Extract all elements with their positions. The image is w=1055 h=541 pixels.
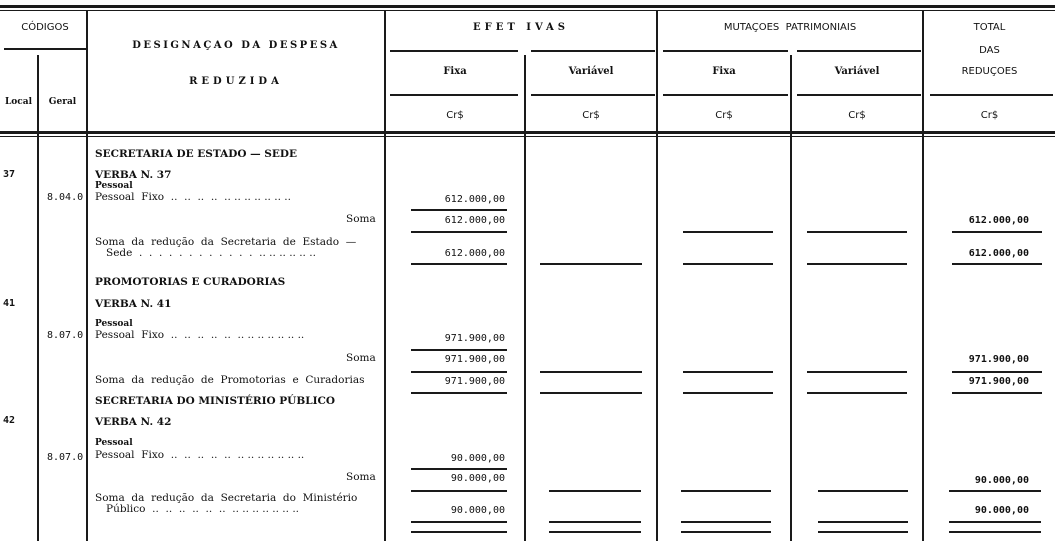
header-mut-variavel: Variável	[792, 66, 922, 77]
header-currency-3: Cr$	[658, 110, 790, 121]
reducao-rule-efet-var	[540, 263, 642, 265]
reducao-value: 971.900,00	[386, 376, 505, 387]
reducao-rule-mut-fixa-2	[681, 531, 771, 533]
geral-code: 8.07.0	[47, 330, 83, 341]
reducao-rule-efet-fixa	[411, 521, 507, 523]
soma-rule-total	[952, 371, 1042, 373]
soma-rule-mut-fixa	[683, 371, 773, 373]
reducao-rule-efet-var	[540, 392, 642, 394]
fixa-underline-2	[663, 94, 788, 96]
col-sep-mut-total	[922, 11, 924, 541]
soma-label: Soma	[346, 213, 376, 225]
reducao-rule-total-2	[949, 531, 1041, 533]
soma-total: 90.000,00	[924, 475, 1029, 486]
header-mutacoes: MUTAÇOES PATRIMONIAIS	[658, 22, 922, 33]
reducao-rule-efet-fixa-2	[411, 531, 507, 533]
header-mut-fixa: Fixa	[658, 66, 790, 77]
local-code: 42	[3, 415, 15, 426]
header-currency-4: Cr$	[792, 110, 922, 121]
var-underline-1	[531, 94, 655, 96]
soma-value: 612.000,00	[386, 215, 505, 226]
soma-rule-mut-fixa	[681, 490, 771, 492]
item-label: Pessoal Fixo .. .. .. .. .. .. .. .. .. …	[95, 449, 304, 461]
soma-rule-total	[952, 231, 1042, 233]
local-code: 41	[3, 298, 15, 309]
mutacoes-underline-1	[663, 50, 788, 52]
item-value: 90.000,00	[386, 453, 505, 464]
header-efet-fixa: Fixa	[386, 66, 524, 77]
category-label: Pessoal	[95, 319, 133, 329]
header-currency-2: Cr$	[526, 110, 656, 121]
reducao-line2: Sede . . . . . . . . . . . . .. .. .. ..…	[106, 247, 316, 259]
col-sep-efet-mut	[656, 11, 658, 541]
header-efet-variavel: Variável	[526, 66, 656, 77]
reducao-rule-efet-fixa	[411, 392, 507, 394]
header-bottom-border-inner	[0, 136, 1055, 137]
reducao-rule-mut-var-2	[818, 531, 908, 533]
reducao-line2: Público .. .. .. .. .. .. .. .. .. .. ..…	[106, 503, 299, 515]
verba-label: VERBA N. 37	[95, 169, 171, 181]
category-label: Pessoal	[95, 181, 133, 191]
soma-rule-total	[949, 490, 1041, 492]
reducao-value: 90.000,00	[386, 505, 505, 516]
soma-rule-efet-fixa	[411, 371, 507, 373]
item-value: 971.900,00	[386, 333, 505, 344]
total-underline	[930, 94, 1053, 96]
col-sep-efet-fixa-var	[524, 55, 526, 541]
header-designacao-line1: DESIGNAÇAO DA DESPESA	[88, 40, 384, 51]
soma-label: Soma	[346, 352, 376, 364]
col-sep-geral-desc	[86, 11, 88, 541]
reducao-rule-mut-var	[807, 392, 907, 394]
reducao-total: 612.000,00	[924, 248, 1029, 259]
item-label: Pessoal Fixo .. .. .. .. .. .. .. .. .. …	[95, 191, 291, 203]
top-border-inner	[0, 10, 1055, 11]
header-geral: Geral	[39, 97, 86, 107]
reducao-total: 90.000,00	[924, 505, 1029, 516]
soma-rule-efet-fixa	[411, 490, 507, 492]
header-codigos: CÓDIGOS	[4, 22, 86, 33]
header-designacao-line2: REDUZIDA	[88, 76, 384, 87]
reducao-line1: Soma da redução de Promotorias e Curador…	[95, 374, 365, 386]
reducao-value: 612.000,00	[386, 248, 505, 259]
mutacoes-underline-2	[797, 50, 921, 52]
var-underline-2	[797, 94, 921, 96]
soma-rule-mut-var	[807, 231, 907, 233]
soma-rule-mut-fixa	[683, 231, 773, 233]
fixa-underline-1	[390, 94, 518, 96]
top-border	[0, 5, 1055, 8]
category-label: Pessoal	[95, 438, 133, 448]
reducao-rule-total	[952, 263, 1042, 265]
reducao-total: 971.900,00	[924, 376, 1029, 387]
geral-code: 8.07.0	[47, 452, 83, 463]
section-title: SECRETARIA DO MINISTÉRIO PÚBLICO	[95, 395, 335, 407]
item-value: 612.000,00	[386, 194, 505, 205]
reducao-rule-efet-var	[549, 521, 641, 523]
reducao-rule-mut-fixa	[683, 392, 773, 394]
header-efetivas: EFET IVAS	[386, 22, 656, 33]
header-total-line2: DAS	[924, 45, 1055, 56]
header-bottom-border	[0, 131, 1055, 134]
header-currency-1: Cr$	[386, 110, 524, 121]
soma-value: 90.000,00	[386, 473, 505, 484]
soma-total: 612.000,00	[924, 215, 1029, 226]
codigos-underline	[4, 48, 86, 50]
soma-rule-efet-fixa	[411, 231, 507, 233]
soma-value: 971.900,00	[386, 354, 505, 365]
soma-rule-efet-var	[540, 371, 642, 373]
soma-rule-efet-var	[549, 490, 641, 492]
item-rule	[411, 209, 507, 211]
local-code: 37	[3, 169, 15, 180]
soma-label: Soma	[346, 471, 376, 483]
section-title: PROMOTORIAS E CURADORIAS	[95, 276, 285, 288]
item-rule	[411, 468, 507, 470]
reducao-rule-total	[952, 392, 1042, 394]
reducao-rule-efet-fixa	[411, 263, 507, 265]
header-total-line1: TOTAL	[924, 22, 1055, 33]
verba-label: VERBA N. 42	[95, 416, 171, 428]
reducao-rule-mut-var	[807, 263, 907, 265]
geral-code: 8.04.0	[47, 192, 83, 203]
header-currency-5: Cr$	[924, 110, 1055, 121]
reducao-rule-mut-fixa	[681, 521, 771, 523]
reducao-rule-total	[949, 521, 1041, 523]
verba-label: VERBA N. 41	[95, 298, 171, 310]
reducao-rule-mut-fixa	[683, 263, 773, 265]
item-label: Pessoal Fixo .. .. .. .. .. .. .. .. .. …	[95, 329, 304, 341]
soma-rule-mut-var	[818, 490, 908, 492]
item-rule	[411, 349, 507, 351]
header-local: Local	[0, 97, 37, 107]
soma-total: 971.900,00	[924, 354, 1029, 365]
section-title: SECRETARIA DE ESTADO — SEDE	[95, 148, 297, 160]
efetivas-underline-1	[390, 50, 518, 52]
soma-rule-mut-var	[807, 371, 907, 373]
col-sep-local-geral	[37, 55, 39, 541]
header-total-line3: REDUÇOES	[924, 66, 1055, 77]
col-sep-mut-fixa-var	[790, 55, 792, 541]
reducao-rule-efet-var-2	[549, 531, 641, 533]
efetivas-underline-2	[531, 50, 655, 52]
reducao-rule-mut-var	[818, 521, 908, 523]
